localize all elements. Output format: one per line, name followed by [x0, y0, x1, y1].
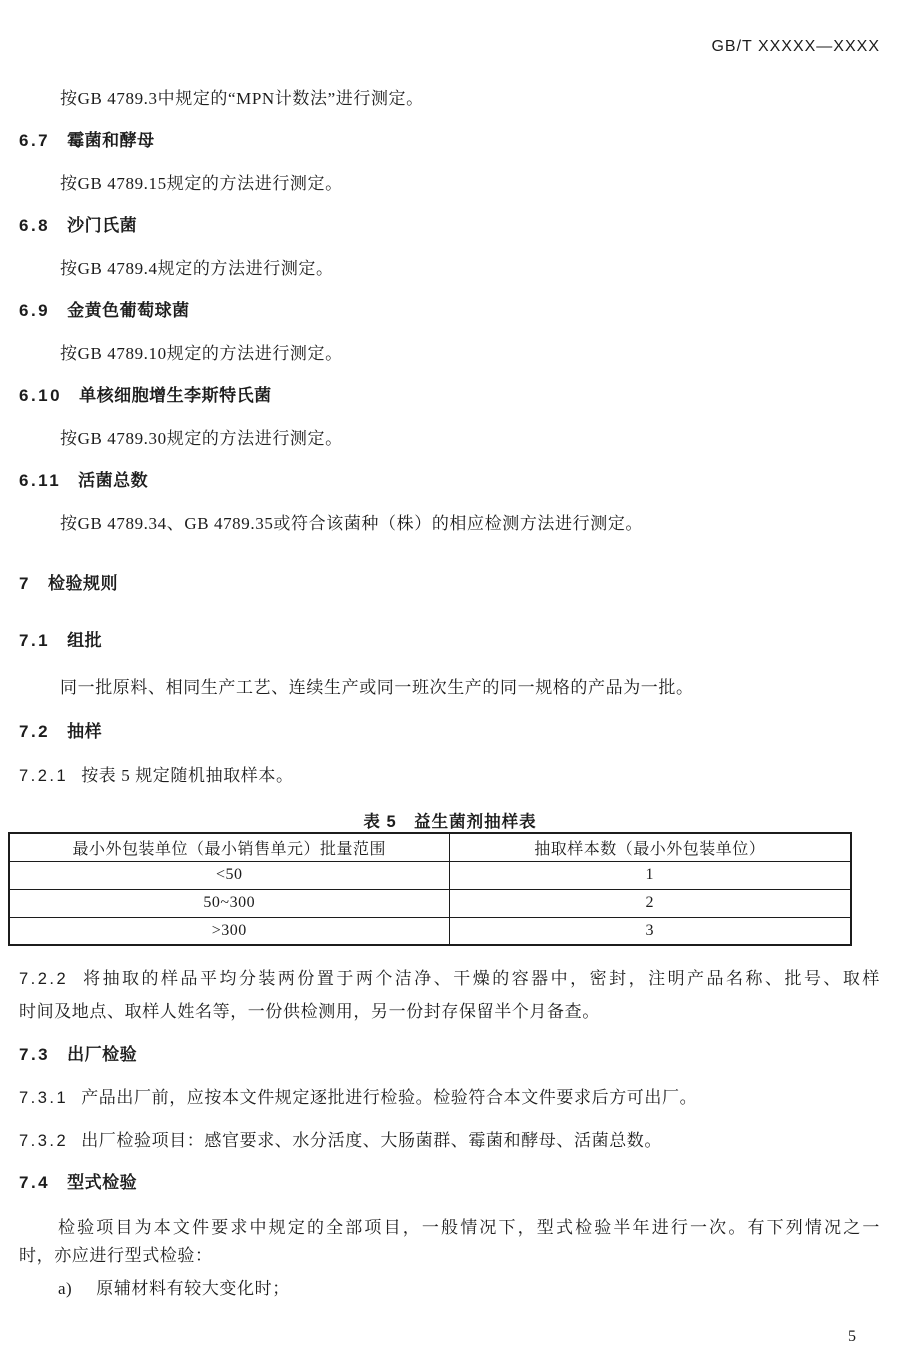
heading-7-3: 7.3出厂检验: [19, 1045, 137, 1064]
table-col-header-batch-range: 最小外包装单位（最小销售单元）批量范围: [9, 833, 449, 861]
clause-title: 单核细胞增生李斯特氏菌: [79, 386, 272, 405]
table-cell: 1: [449, 861, 851, 889]
heading-7-4: 7.4型式检验: [19, 1173, 137, 1192]
clause-text: 出厂检验项目：感官要求、水分活度、大肠菌群、霉菌和酵母、活菌总数。: [81, 1131, 662, 1150]
clause-number: 7.2.1: [19, 767, 68, 785]
doc-code: GB/T XXXXX—XXXX: [711, 38, 880, 56]
clause-text: 按表 5 规定随机抽取样本。: [81, 766, 293, 785]
table-cell: 2: [449, 889, 851, 917]
table-header-row: 最小外包装单位（最小销售单元）批量范围 抽取样本数（最小外包装单位）: [9, 833, 851, 861]
table-row: 50~300 2: [9, 889, 851, 917]
clause-number: 7.3: [19, 1045, 50, 1064]
page-number: 5: [848, 1328, 856, 1346]
table-row: <50 1: [9, 861, 851, 889]
para-7-4-line1: 检验项目为本文件要求中规定的全部项目，一般情况下，型式检验半年进行一次。有下列情…: [58, 1218, 880, 1237]
clause-number: 6.9: [19, 301, 50, 320]
heading-6-7: 6.7霉菌和酵母: [19, 131, 155, 150]
table-col-header-sample-count: 抽取样本数（最小外包装单位）: [449, 833, 851, 861]
clause-title: 组批: [67, 631, 102, 650]
table-cell: 50~300: [9, 889, 449, 917]
clause-text: 将抽取的样品平均分装两份置于两个洁净、干燥的容器中，密封，注明产品名称、批号、取…: [81, 969, 880, 988]
clause-title: 金黄色葡萄球菌: [67, 301, 190, 320]
heading-6-8: 6.8沙门氏菌: [19, 216, 137, 235]
para-7-2-1: 7.2.1按表 5 规定随机抽取样本。: [19, 766, 294, 786]
para-mpn-method: 按GB 4789.3中规定的“MPN计数法”进行测定。: [60, 89, 424, 108]
heading-6-9: 6.9金黄色葡萄球菌: [19, 301, 190, 320]
clause-number: 6.8: [19, 216, 50, 235]
document-page: GB/T XXXXX—XXXX 按GB 4789.3中规定的“MPN计数法”进行…: [0, 0, 900, 1366]
heading-6-10: 6.10单核细胞增生李斯特氏菌: [19, 386, 272, 405]
para-6-8: 按GB 4789.4规定的方法进行测定。: [60, 259, 334, 278]
para-7-2-2-line2: 时间及地点、取样人姓名等，一份供检测用，另一份封存保留半个月备查。: [19, 1002, 600, 1021]
clause-title: 沙门氏菌: [67, 216, 137, 235]
clause-title: 抽样: [67, 722, 102, 741]
clause-number: 7.2: [19, 722, 50, 741]
heading-7-2: 7.2抽样: [19, 722, 102, 741]
table-cell: 3: [449, 917, 851, 945]
heading-7: 7检验规则: [19, 574, 118, 593]
table-cell: <50: [9, 861, 449, 889]
table5-title: 表 5 益生菌剂抽样表: [0, 808, 900, 832]
clause-number: 7: [19, 574, 31, 593]
para-6-7: 按GB 4789.15规定的方法进行测定。: [60, 174, 343, 193]
clause-number: 6.11: [19, 471, 61, 490]
para-6-11: 按GB 4789.34、GB 4789.35或符合该菌种（株）的相应检测方法进行…: [60, 514, 643, 533]
list-item-marker: a): [58, 1279, 72, 1298]
clause-title: 活菌总数: [78, 471, 148, 490]
clause-number: 7.3.1: [19, 1089, 68, 1107]
clause-number: 7.4: [19, 1173, 50, 1192]
clause-text: 产品出厂前，应按本文件规定逐批进行检验。检验符合本文件要求后方可出厂。: [81, 1088, 697, 1107]
clause-number: 6.7: [19, 131, 50, 150]
para-7-3-2: 7.3.2出厂检验项目：感官要求、水分活度、大肠菌群、霉菌和酵母、活菌总数。: [19, 1131, 662, 1151]
list-item-a: a)原辅材料有较大变化时；: [58, 1279, 290, 1298]
para-6-9: 按GB 4789.10规定的方法进行测定。: [60, 344, 343, 363]
para-7-1: 同一批原料、相同生产工艺、连续生产或同一班次生产的同一规格的产品为一批。: [60, 678, 694, 697]
clause-title: 霉菌和酵母: [67, 131, 155, 150]
para-6-10: 按GB 4789.30规定的方法进行测定。: [60, 429, 343, 448]
para-7-4-line2: 时，亦应进行型式检验：: [19, 1246, 213, 1265]
clause-title: 出厂检验: [67, 1045, 137, 1064]
table-row: >300 3: [9, 917, 851, 945]
table5-sampling-table: 最小外包装单位（最小销售单元）批量范围 抽取样本数（最小外包装单位） <50 1…: [8, 832, 852, 946]
clause-title: 检验规则: [48, 574, 118, 593]
clause-number: 7.3.2: [19, 1132, 68, 1150]
table-cell: >300: [9, 917, 449, 945]
heading-6-11: 6.11活菌总数: [19, 471, 148, 490]
clause-number: 6.10: [19, 386, 62, 405]
clause-number: 7.2.2: [19, 970, 68, 988]
clause-number: 7.1: [19, 631, 50, 650]
heading-7-1: 7.1组批: [19, 631, 102, 650]
clause-title: 型式检验: [67, 1173, 137, 1192]
para-7-3-1: 7.3.1产品出厂前，应按本文件规定逐批进行检验。检验符合本文件要求后方可出厂。: [19, 1088, 697, 1108]
para-7-2-2-line1: 7.2.2将抽取的样品平均分装两份置于两个洁净、干燥的容器中，密封，注明产品名称…: [19, 969, 880, 989]
list-item-text: 原辅材料有较大变化时；: [96, 1279, 290, 1298]
